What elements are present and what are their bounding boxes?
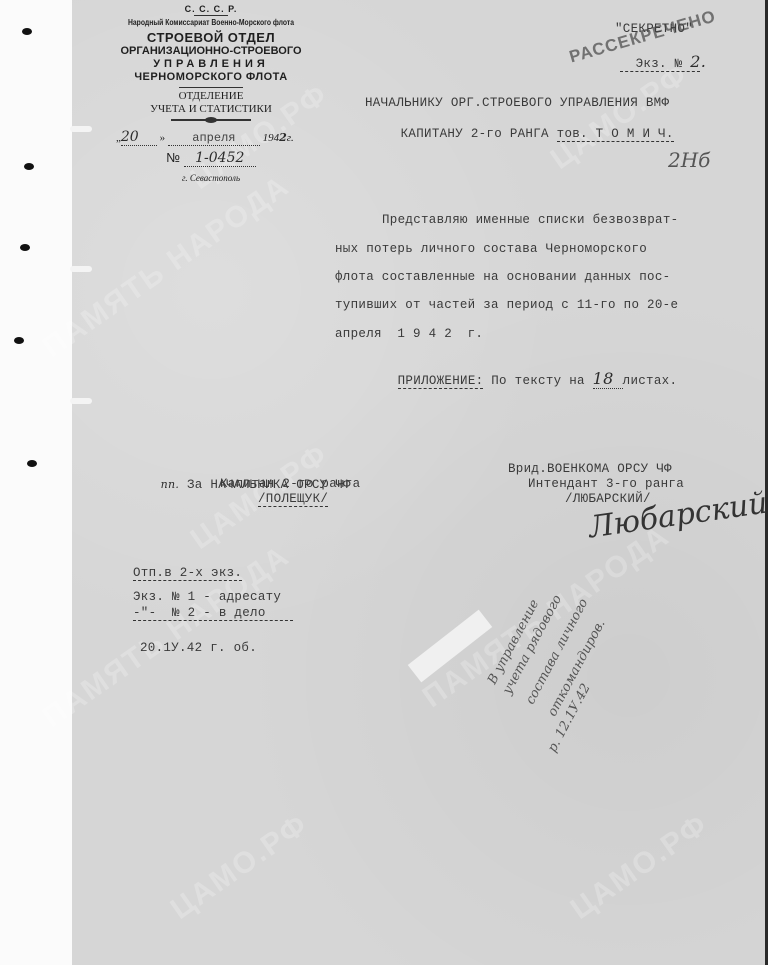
number-label: № [166, 150, 180, 165]
date-day: 20 [121, 129, 157, 146]
letterhead-number: № 1-0452 [100, 150, 322, 167]
divider [194, 15, 228, 16]
paper-tear [70, 126, 92, 132]
date-month: апреля [168, 131, 260, 146]
signature-left-name: /ПОЛЕЩУК/ [258, 492, 328, 507]
attachment-sheets: 18 [593, 369, 623, 389]
body-line: апреля 1 9 4 2 г. [335, 327, 483, 341]
attachment-label: ПРИЛОЖЕНИЕ: [398, 374, 484, 389]
signature-right-rank: Интендант 3-го ранга [528, 477, 684, 491]
letterhead-section: ОТДЕЛЕНИЕ [100, 90, 322, 103]
ornament-divider [171, 119, 251, 121]
attachment-unit: листах. [623, 374, 678, 388]
signature-right-title: Врид.ВОЕНКОМА ОРСУ ЧФ [508, 462, 672, 476]
letterhead-country: С. С. С. Р. [100, 4, 322, 14]
letterhead: С. С. С. Р. Народный Комиссариат Военно-… [100, 4, 322, 183]
distribution-line: Экз. № 1 - адресату [133, 590, 281, 604]
copy-number: 2. [690, 52, 706, 71]
letterhead-directorate: УПРАВЛЕНИЯ [100, 58, 322, 71]
paper-tear [70, 266, 92, 272]
attachment-line: ПРИЛОЖЕНИЕ: По тексту на 18листах. [382, 355, 677, 389]
copy-label: Экз. № [636, 57, 683, 71]
date-year-unit: г. [287, 132, 294, 144]
scan-margin [0, 0, 74, 965]
addressee-line-1: НАЧАЛЬНИКУ ОРГ.СТРОЕВОГО УПРАВЛЕНИЯ ВМФ [365, 96, 669, 110]
date-year-prefix: 194 [263, 132, 280, 144]
letterhead-date: „20 » апреля 1942г. [100, 129, 322, 146]
letterhead-commissariat: Народный Комиссариат Военно-Морского фло… [105, 18, 318, 27]
body-line: Представляю именные списки безвозврат- [382, 213, 678, 227]
date-year-suffix: 2 [279, 131, 287, 144]
signature-prefix: пп. [161, 478, 180, 491]
distribution-line: -"- № 2 - в дело [133, 606, 293, 621]
letterhead-org: ОРГАНИЗАЦИОННО-СТРОЕВОГО [100, 45, 322, 58]
handwritten-mark: 2Нб [668, 148, 710, 172]
attachment-text: По тексту на [483, 374, 592, 388]
punch-hole [27, 460, 37, 467]
letterhead-section-name: УЧЕТА И СТАТИСТИКИ [100, 103, 322, 116]
divider [179, 87, 243, 88]
body-line: флота составленные на основании данных п… [335, 270, 670, 284]
punch-hole [20, 244, 30, 251]
punch-hole [24, 163, 34, 170]
letterhead-city: г. Севастополь [100, 173, 322, 183]
number-value: 1-0452 [184, 150, 256, 167]
addressee-name: тов. Т О М И Ч. [557, 127, 674, 142]
addressee-rank: КАПИТАНУ 2-го РАНГА [401, 127, 557, 141]
addressee-line-2: КАПИТАНУ 2-го РАНГА тов. Т О М И Ч. [385, 113, 674, 141]
punch-hole [14, 337, 24, 344]
letterhead-fleet: ЧЕРНОМОРСКОГО ФЛОТА [100, 71, 322, 84]
distribution-date: 20.1У.42 г. об. [140, 641, 257, 655]
distribution-line: Отп.в 2-х экз. [133, 566, 242, 581]
body-line: тупивших от частей за период с 11-го по … [335, 298, 678, 312]
signature-left-rank: Капитан 2-го ранга [220, 477, 360, 491]
letterhead-department: СТРОЕВОЙ ОТДЕЛ [100, 30, 322, 45]
punch-hole [22, 28, 32, 35]
body-line: ных потерь личного состава Черноморского [335, 242, 647, 256]
paper-tear [70, 398, 92, 404]
